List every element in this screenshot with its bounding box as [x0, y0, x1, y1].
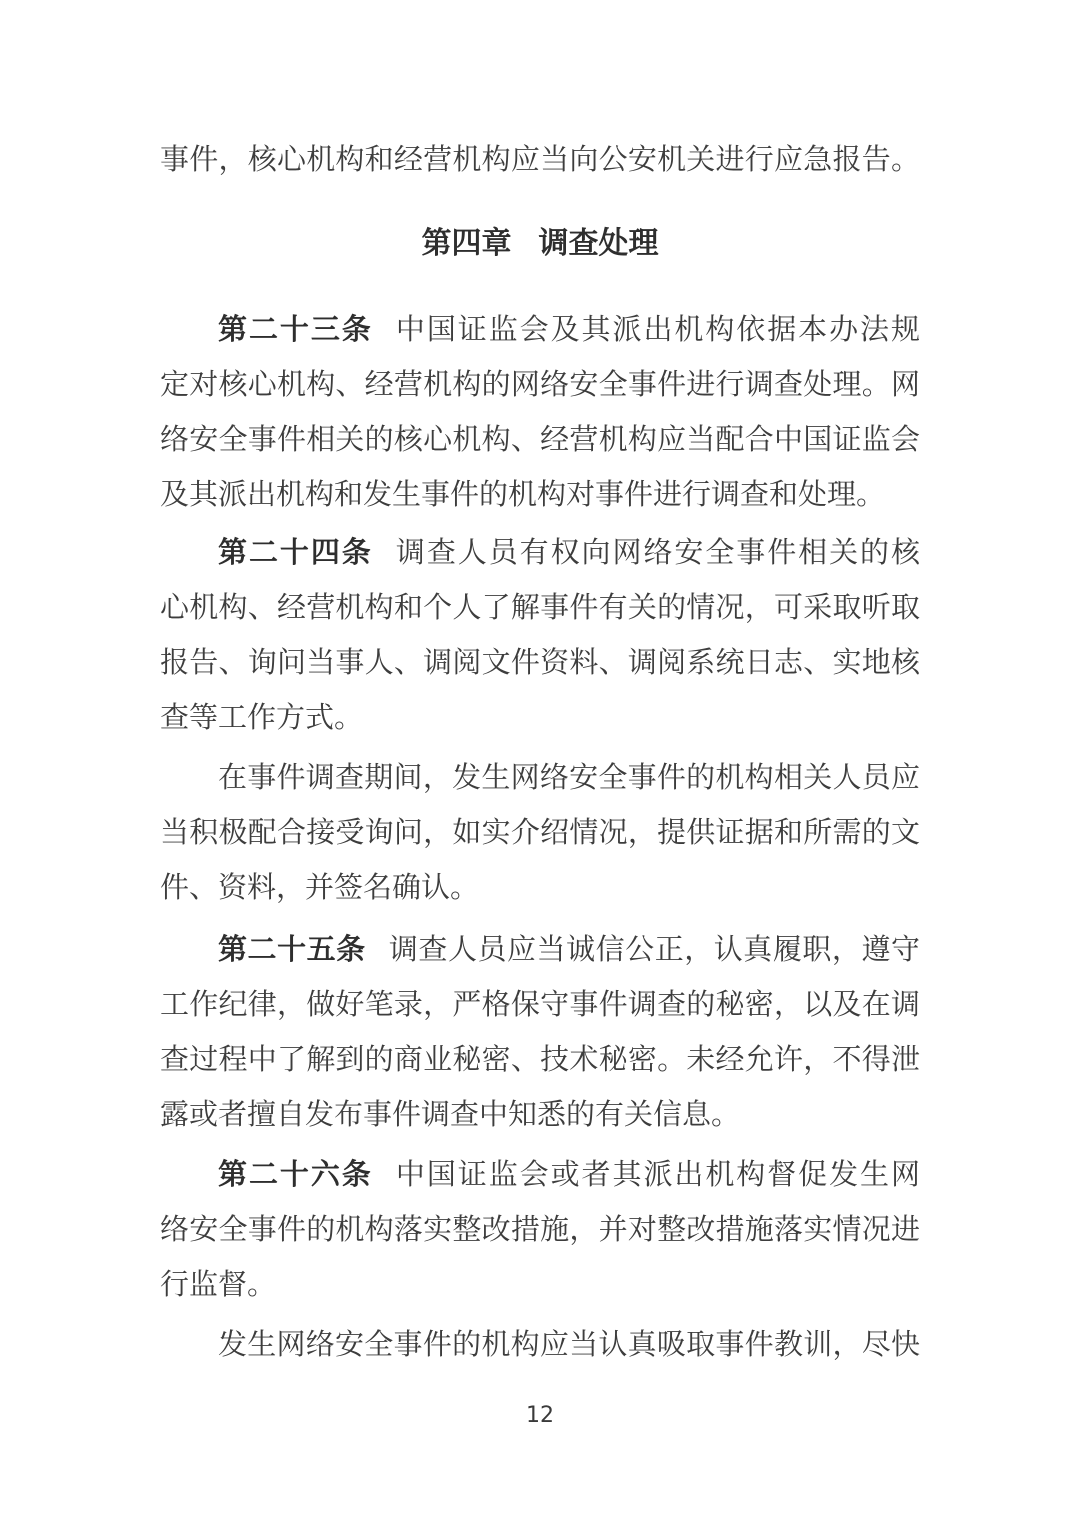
- text-line: 事件，核心机构和经营机构应当向公安机关进行应急报告。: [160, 133, 920, 188]
- text-line: 露或者擅自发布事件调查中知悉的有关信息。: [160, 1088, 920, 1143]
- investigation-cooperation-paragraph: 在事件调查期间，发生网络安全事件的机构相关人员应 当积极配合接受询问，如实介绍情…: [160, 751, 920, 916]
- text-line: 及其派出机构和发生事件的机构对事件进行调查和处理。: [160, 468, 920, 523]
- text-line: 件、资料，并签名确认。: [160, 861, 920, 916]
- lessons-paragraph: 发生网络安全事件的机构应当认真吸取事件教训，尽快: [160, 1318, 920, 1373]
- text-line: 第二十四条调查人员有权向网络安全事件相关的核: [160, 526, 920, 581]
- article-23-paragraph: 第二十三条中国证监会及其派出机构依据本办法规 定对核心机构、经营机构的网络安全事…: [160, 303, 920, 523]
- article-24-paragraph: 第二十四条调查人员有权向网络安全事件相关的核 心机构、经营机构和个人了解事件有关…: [160, 526, 920, 746]
- text-line: 第二十六条中国证监会或者其派出机构督促发生网: [160, 1148, 920, 1203]
- line-text: 调查人员应当诚信公正，认真履职，遵守: [389, 934, 920, 966]
- document-text: 事件，核心机构和经营机构应当向公安机关进行应急报告。 第四章调查处理 第二十三条…: [160, 133, 920, 1373]
- text-line: 在事件调查期间，发生网络安全事件的机构相关人员应: [160, 751, 920, 806]
- text-line: 查过程中了解到的商业秘密、技术秘密。未经允许，不得泄: [160, 1033, 920, 1088]
- line-text: 中国证监会或者其派出机构督促发生网: [396, 1159, 920, 1191]
- article-25-paragraph: 第二十五条调查人员应当诚信公正，认真履职，遵守 工作纪律，做好笔录，严格保守事件…: [160, 923, 920, 1143]
- article-number: 第二十五条: [218, 934, 366, 966]
- text-line: 第二十五条调查人员应当诚信公正，认真履职，遵守: [160, 923, 920, 978]
- text-line: 络安全事件相关的核心机构、经营机构应当配合中国证监会: [160, 413, 920, 468]
- chapter-title: 调查处理: [539, 227, 659, 260]
- chapter-number: 第四章: [422, 227, 512, 260]
- line-text: 中国证监会及其派出机构依据本办法规: [396, 314, 920, 346]
- text-line: 心机构、经营机构和个人了解事件有关的情况，可采取听取: [160, 581, 920, 636]
- text-line: 报告、询问当事人、调阅文件资料、调阅系统日志、实地核: [160, 636, 920, 691]
- text-line: 工作纪律，做好笔录，严格保守事件调查的秘密，以及在调: [160, 978, 920, 1033]
- line-text: 调查人员有权向网络安全事件相关的核: [396, 537, 920, 569]
- article-number: 第二十四条: [218, 537, 373, 569]
- text-line: 行监督。: [160, 1258, 920, 1313]
- text-line: 第二十三条中国证监会及其派出机构依据本办法规: [160, 303, 920, 358]
- article-number: 第二十六条: [218, 1159, 373, 1191]
- text-line: 定对核心机构、经营机构的网络安全事件进行调查处理。网: [160, 358, 920, 413]
- article-26-paragraph: 第二十六条中国证监会或者其派出机构督促发生网 络安全事件的机构落实整改措施，并对…: [160, 1148, 920, 1313]
- text-line: 查等工作方式。: [160, 691, 920, 746]
- text-line: 发生网络安全事件的机构应当认真吸取事件教训，尽快: [160, 1318, 920, 1373]
- document-page: 事件，核心机构和经营机构应当向公安机关进行应急报告。 第四章调查处理 第二十三条…: [0, 0, 1080, 1527]
- text-line: 当积极配合接受询问，如实介绍情况，提供证据和所需的文: [160, 806, 920, 861]
- article-number: 第二十三条: [218, 314, 373, 346]
- chapter-heading: 第四章调查处理: [160, 216, 920, 271]
- page-number: 12: [0, 1400, 1080, 1432]
- text-line: 络安全事件的机构落实整改措施，并对整改措施落实情况进: [160, 1203, 920, 1258]
